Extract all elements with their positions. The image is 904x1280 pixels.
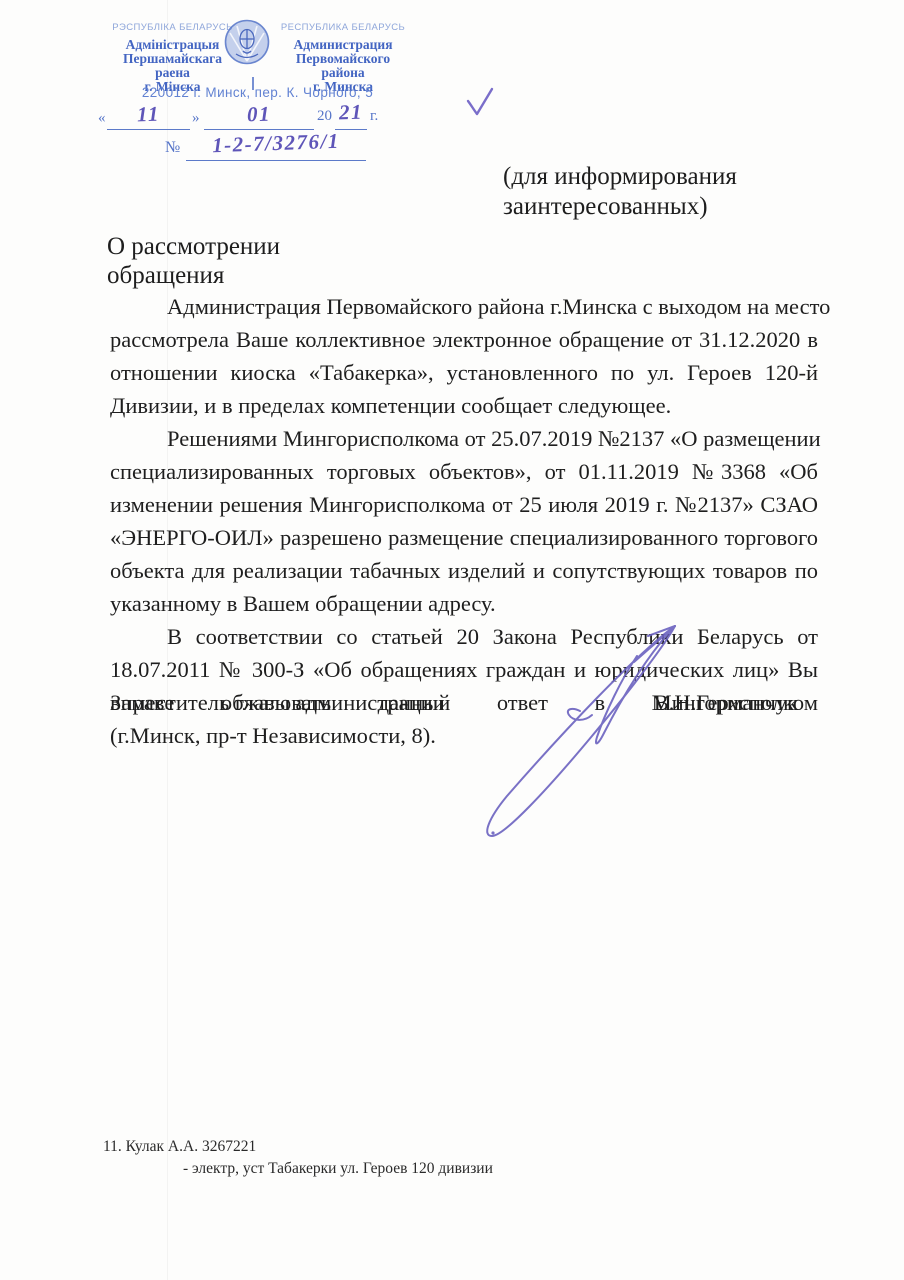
letterhead-russian-column: РЕСПУБЛИКА БЕЛАРУСЬ Администрация Первом… xyxy=(263,21,423,94)
recipient-note: (для информирования заинтересованных) xyxy=(503,162,737,222)
recipient-note-line: заинтересованных) xyxy=(503,192,737,222)
handwritten-month: 01 xyxy=(204,100,315,129)
letterhead-address: 220012 г. Минск, пер. К. Чорного, 5 xyxy=(100,85,415,100)
letterhead-org-line: Администрация xyxy=(263,38,423,52)
body-line: Дивизии, и в пределах компетенции сообща… xyxy=(110,389,818,422)
number-label: № xyxy=(165,139,180,157)
handwritten-year: 21 xyxy=(330,99,373,125)
footer-reference: 11. Кулак А.А. 3267221 - электр, уст Таб… xyxy=(103,1136,493,1180)
body-line: объекта для реализации табачных изделий … xyxy=(110,554,818,587)
letterhead-org-line: Первомайского xyxy=(263,52,423,66)
date-open-quote: « xyxy=(98,110,106,127)
date-year-suffix: г. xyxy=(370,108,378,125)
handwritten-day: 11 xyxy=(107,101,191,129)
handwritten-signature-icon xyxy=(452,598,682,848)
handwritten-number: 1-2-7/3276/1 xyxy=(184,128,369,159)
date-day-underline xyxy=(107,129,190,130)
body-line: специализированных торговых объектов», о… xyxy=(110,455,818,488)
date-close-quote: » xyxy=(192,110,200,127)
body-line: «ЭНЕРГО-ОИЛ» разрешено размещение специа… xyxy=(110,521,818,554)
body-line: Решениями Мингорисполкома от 25.07.2019 … xyxy=(110,422,818,455)
subject-line: обращения xyxy=(107,261,280,290)
body-line: изменении решения Мингорисполкома от 25 … xyxy=(110,488,818,521)
body-line: Администрация Первомайского района г.Мин… xyxy=(110,290,818,323)
letterhead-country-ru: РЕСПУБЛИКА БЕЛАРУСЬ xyxy=(263,21,423,35)
letter-subject: О рассмотрении обращения xyxy=(107,232,280,290)
subject-line: О рассмотрении xyxy=(107,232,280,261)
footer-executor-line: 11. Кулак А.А. 3267221 xyxy=(103,1136,493,1158)
handwritten-checkmark-icon xyxy=(464,86,496,123)
letterhead-org-line: района xyxy=(263,66,423,80)
number-underline xyxy=(186,160,366,161)
footer-case-note-line: - электр, уст Табакерки ул. Героев 120 д… xyxy=(183,1158,493,1180)
body-line: рассмотрела Ваше коллективное электронно… xyxy=(110,323,818,356)
recipient-note-line: (для информирования xyxy=(503,162,737,192)
body-line: отношении киоска «Табакерка», установлен… xyxy=(110,356,818,389)
scanned-letter-page: РЭСПУБЛІКА БЕЛАРУСЬ Адміністрацыя Першам… xyxy=(0,0,904,1280)
signer-position-title: Заместитель главы администрации xyxy=(110,688,445,718)
